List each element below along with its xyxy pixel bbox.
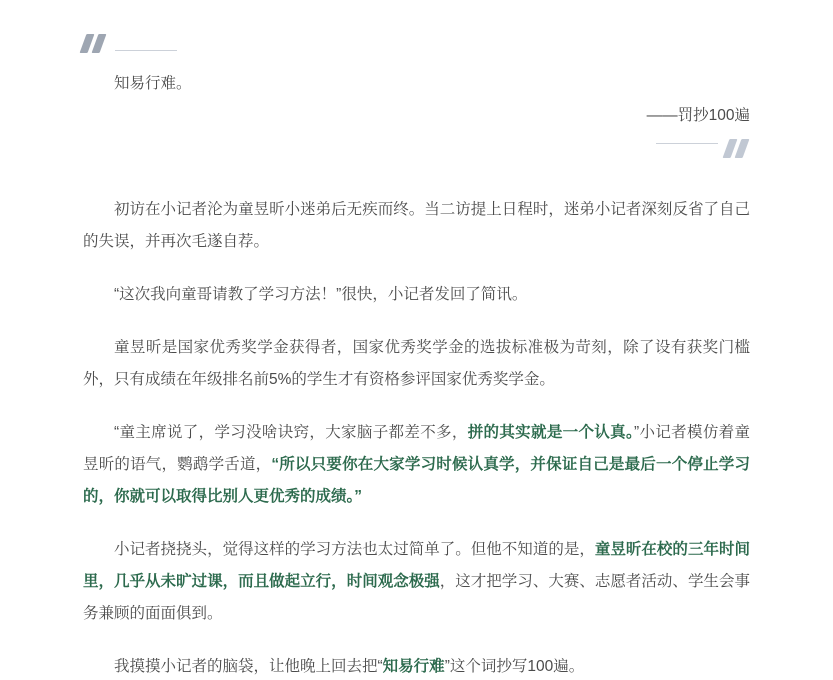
text-run: 小记者挠挠头，觉得这样的学习方法也太过简单了。但他不知道的是， [114, 541, 595, 558]
quote-attribution: ——罚抄100遍 [83, 105, 750, 127]
quote-close-icon [726, 139, 750, 158]
paragraph: “童主席说了，学习没啥诀窍，大家脑子都差不多，拼的其实就是一个认真。”小记者模仿… [83, 417, 750, 513]
text-run: 初访在小记者沦为童昱昕小迷弟后无疾而终。当二访提上日程时，迷弟小记者深刻反省了自… [83, 201, 750, 250]
paragraph: 童昱昕是国家优秀奖学金获得者，国家优秀奖学金的选拔标准极为苛刻，除了设有获奖门槛… [83, 332, 750, 396]
highlight-run: 知易行难 [383, 658, 445, 675]
paragraph: 我摸摸小记者的脑袋，让他晚上回去把“知易行难”这个词抄写100遍。 [83, 651, 750, 680]
quote-close-divider [656, 143, 718, 144]
text-run: “这次我向童哥请教了学习方法！”很快，小记者发回了简讯。 [114, 286, 527, 303]
text-run: 我摸摸小记者的脑袋，让他晚上回去把“ [114, 658, 383, 675]
paragraph: 初访在小记者沦为童昱昕小迷弟后无疾而终。当二访提上日程时，迷弟小记者深刻反省了自… [83, 194, 750, 258]
paragraph: “这次我向童哥请教了学习方法！”很快，小记者发回了简讯。 [83, 279, 750, 311]
text-run: “童主席说了，学习没啥诀窍，大家脑子都差不多， [114, 424, 468, 441]
text-run: 童昱昕是国家优秀奖学金获得者，国家优秀奖学金的选拔标准极为苛刻，除了设有获奖门槛… [83, 339, 750, 388]
quote-close-row [83, 139, 750, 158]
article-body: 初访在小记者沦为童昱昕小迷弟后无疾而终。当二访提上日程时，迷弟小记者深刻反省了自… [83, 194, 750, 680]
article-page: 知易行难。 ——罚抄100遍 初访在小记者沦为童昱昕小迷弟后无疾而终。当二访提上… [0, 0, 833, 680]
pull-quote-block: 知易行难。 ——罚抄100遍 [83, 34, 750, 158]
quote-text: 知易行难。 [83, 73, 750, 95]
quote-open-divider [115, 50, 177, 51]
text-run: ”这个词抄写100遍。 [445, 658, 585, 675]
paragraph: 小记者挠挠头，觉得这样的学习方法也太过简单了。但他不知道的是，童昱昕在校的三年时… [83, 534, 750, 630]
quote-open-row [83, 34, 750, 53]
quote-open-icon [83, 34, 107, 53]
highlight-run: 拼的其实就是一个认真。 [468, 424, 634, 441]
